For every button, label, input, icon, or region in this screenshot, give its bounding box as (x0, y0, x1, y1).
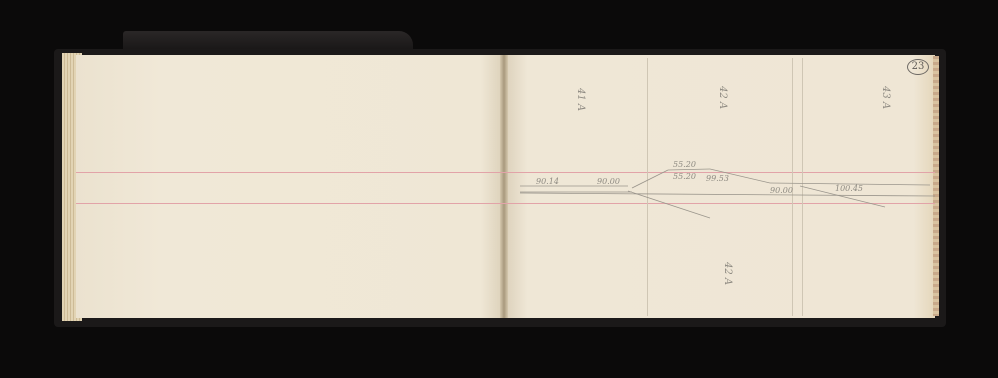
page-number: 23 (907, 59, 929, 75)
annotation-lot: 42 A (722, 262, 733, 285)
annotation-distance: 90.00 (770, 186, 793, 195)
annotation-distance: 90.14 (536, 177, 559, 186)
annotation-distance: 100.45 (835, 184, 863, 193)
annotation-distance: 99.53 (706, 174, 729, 183)
annotation-lot: 41 A (575, 88, 586, 111)
annotation-distance: 55.20 (673, 160, 696, 169)
annotation-distance: 55.20 (673, 172, 696, 181)
annotation-lot: 42 A (717, 86, 728, 109)
annotation-lot: 43 A (880, 86, 891, 109)
annotation-distance: 90.00 (597, 177, 620, 186)
